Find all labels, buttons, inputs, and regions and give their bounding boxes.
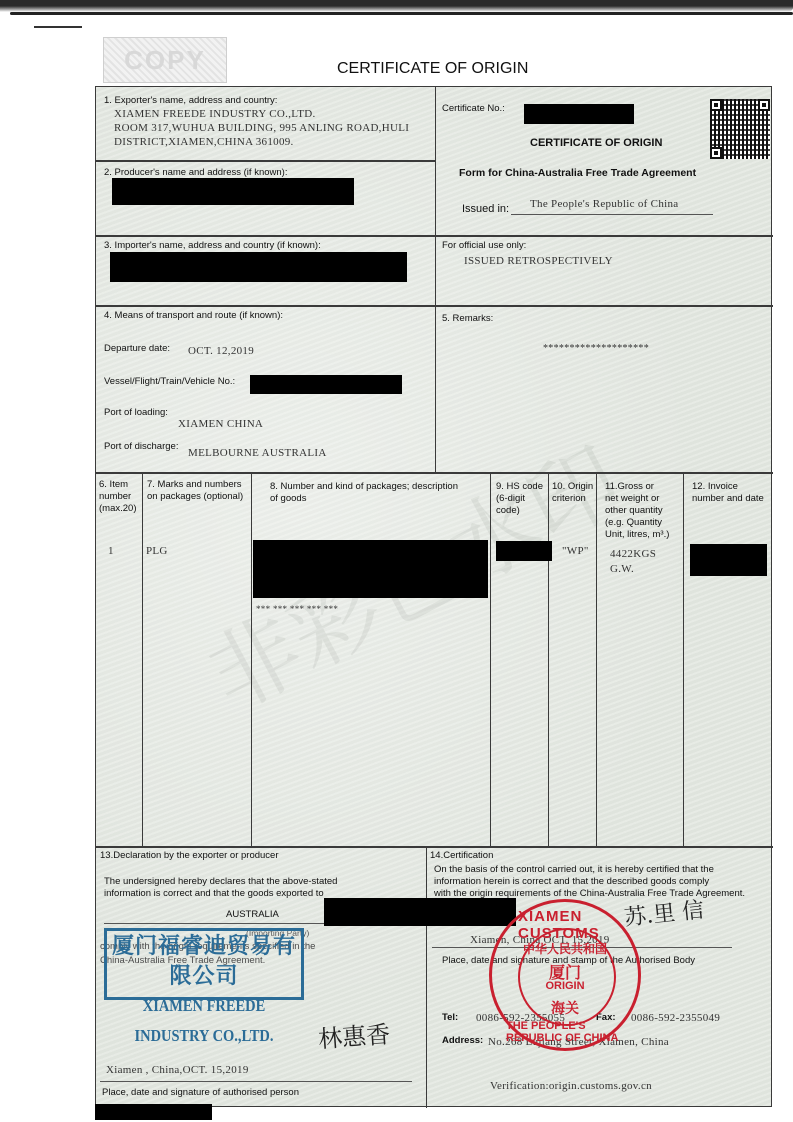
export-country: AUSTRALIA — [226, 909, 279, 921]
qr-code-icon — [710, 99, 770, 159]
divider — [548, 472, 549, 846]
qr-finder — [758, 99, 770, 111]
certification-label: 14.Certification — [430, 850, 493, 862]
hs-code-redacted — [496, 541, 552, 561]
official-use-value: ISSUED RETROSPECTIVELY — [464, 254, 613, 268]
declaration-text: information is correct and that the good… — [104, 888, 324, 900]
exporter-line: DISTRICT,XIAMEN,CHINA 361009. — [114, 135, 294, 149]
divider — [96, 846, 773, 848]
certificate-heading: CERTIFICATE OF ORIGIN — [530, 137, 662, 149]
customs-stamp: XIAMEN CUSTOMS 中华人民共和国 厦门 ORIGIN 海关 THE … — [489, 899, 641, 1051]
copy-mark-text: COPY — [124, 45, 206, 76]
origin-criterion-value: "WP" — [562, 544, 589, 558]
issued-in-value: The People's Republic of China — [530, 197, 678, 211]
port-of-loading-value: XIAMEN CHINA — [178, 417, 263, 431]
departure-date-label: Departure date: — [104, 343, 170, 355]
col-header-invoice: 12. Invoice number and date — [692, 481, 764, 505]
copy-mark: COPY — [103, 37, 227, 83]
certificate-no-label: Certificate No.: — [442, 103, 505, 115]
declaration-text: The undersigned hereby declares that the… — [104, 876, 337, 888]
port-of-discharge-label: Port of discharge: — [104, 441, 178, 453]
exporter-label: 1. Exporter's name, address and country: — [104, 95, 277, 107]
exporter-line: ROOM 317,WUHUA BUILDING, 995 ANLING ROAD… — [114, 121, 409, 135]
divider — [96, 160, 436, 162]
quantity-value: 4422KGS — [610, 547, 656, 561]
col-header-marks: 7. Marks and numbers on packages (option… — [147, 479, 243, 503]
exporter-signature: 林惠香 — [317, 1015, 391, 1055]
qr-finder — [710, 99, 722, 111]
fax-value: 0086-592-2355049 — [631, 1011, 720, 1025]
col-header-description: 8. Number and kind of packages; descript… — [270, 481, 458, 505]
address-label: Address: — [442, 1035, 483, 1047]
divider — [251, 472, 252, 846]
divider — [96, 235, 773, 237]
certificate-no-redacted — [524, 104, 634, 124]
vessel-redacted — [250, 375, 402, 394]
certification-text: information herein is correct and that t… — [434, 876, 709, 888]
qr-finder — [710, 147, 722, 159]
form-title: Form for China-Australia Free Trade Agre… — [459, 167, 696, 179]
divider — [596, 472, 597, 846]
port-of-discharge-value: MELBOURNE AUSTRALIA — [188, 446, 327, 460]
item-number: 1 — [108, 544, 114, 558]
departure-date-value: OCT. 12,2019 — [188, 344, 254, 358]
scan-edge-line — [10, 12, 793, 15]
importer-redacted — [110, 252, 407, 282]
country-underline — [104, 923, 324, 924]
divider — [435, 87, 436, 472]
declaration-label: 13.Declaration by the exporter or produc… — [100, 850, 279, 862]
certification-text: On the basis of the control carried out,… — [434, 864, 714, 876]
col-header-origin-criterion: 10. Origin criterion — [552, 481, 593, 505]
producer-redacted — [112, 178, 354, 205]
footer-redacted — [95, 1104, 212, 1120]
divider — [426, 846, 427, 1108]
issued-in-label: Issued in: — [462, 203, 509, 215]
divider — [96, 472, 773, 474]
company-stamp: 厦门福睿迪贸易有限公司 XIAMEN FREEDE INDUSTRY CO.,L… — [104, 928, 304, 1000]
port-of-loading-label: Port of loading: — [104, 407, 168, 419]
col-header-quantity: 11.Gross or net weight or other quantity… — [605, 481, 669, 541]
declaration-underline — [100, 1081, 412, 1082]
divider — [683, 472, 684, 846]
marks-value: PLG — [146, 544, 168, 558]
company-stamp-en: XIAMEN FREEDE INDUSTRY CO.,LTD. — [122, 991, 287, 1051]
tel-label: Tel: — [442, 1012, 458, 1024]
divider — [96, 305, 773, 307]
description-redacted — [253, 540, 488, 598]
divider — [490, 472, 491, 846]
remarks-label: 5. Remarks: — [442, 313, 493, 325]
customs-stamp-origin: ORIGIN — [492, 980, 638, 992]
declaration-footer-label: Place, date and signature of authorised … — [102, 1087, 299, 1099]
col-header-hs-code: 9. HS code (6-digit code) — [496, 481, 543, 517]
transport-label: 4. Means of transport and route (if know… — [104, 310, 283, 322]
scan-mark — [34, 26, 82, 28]
divider — [142, 472, 143, 846]
customs-stamp-ring-bottom: THE PEOPLE'S REPUBLIC OF CHINA — [506, 1020, 638, 1044]
vessel-label: Vessel/Flight/Train/Vehicle No.: — [104, 376, 235, 388]
customs-stamp-inner-top: 中华人民共和国 — [492, 940, 638, 957]
importer-label: 3. Importer's name, address and country … — [104, 240, 321, 252]
col-header-item-number: 6. Item number (max.20) — [99, 479, 136, 515]
declaration-place-date: Xiamen , China,OCT. 15,2019 — [106, 1063, 249, 1077]
company-stamp-cn: 厦门福睿迪贸易有限公司 — [107, 931, 301, 991]
quantity-note: G.W. — [610, 562, 634, 576]
issued-in-underline — [511, 214, 713, 215]
invoice-redacted — [690, 544, 767, 576]
description-end-marker: *** *** *** *** *** — [256, 602, 338, 616]
declaration-redacted — [324, 898, 516, 926]
customs-stamp-ring-top: XIAMEN CUSTOMS — [518, 908, 638, 942]
page-title: CERTIFICATE OF ORIGIN — [337, 60, 528, 78]
official-use-label: For official use only: — [442, 240, 526, 252]
exporter-line: XIAMEN FREEDE INDUSTRY CO.,LTD. — [114, 107, 316, 121]
remarks-value: ******************** — [543, 342, 649, 356]
verification-url: Verification:origin.customs.gov.cn — [490, 1079, 652, 1093]
customs-stamp-customs: 海关 — [492, 998, 638, 1018]
